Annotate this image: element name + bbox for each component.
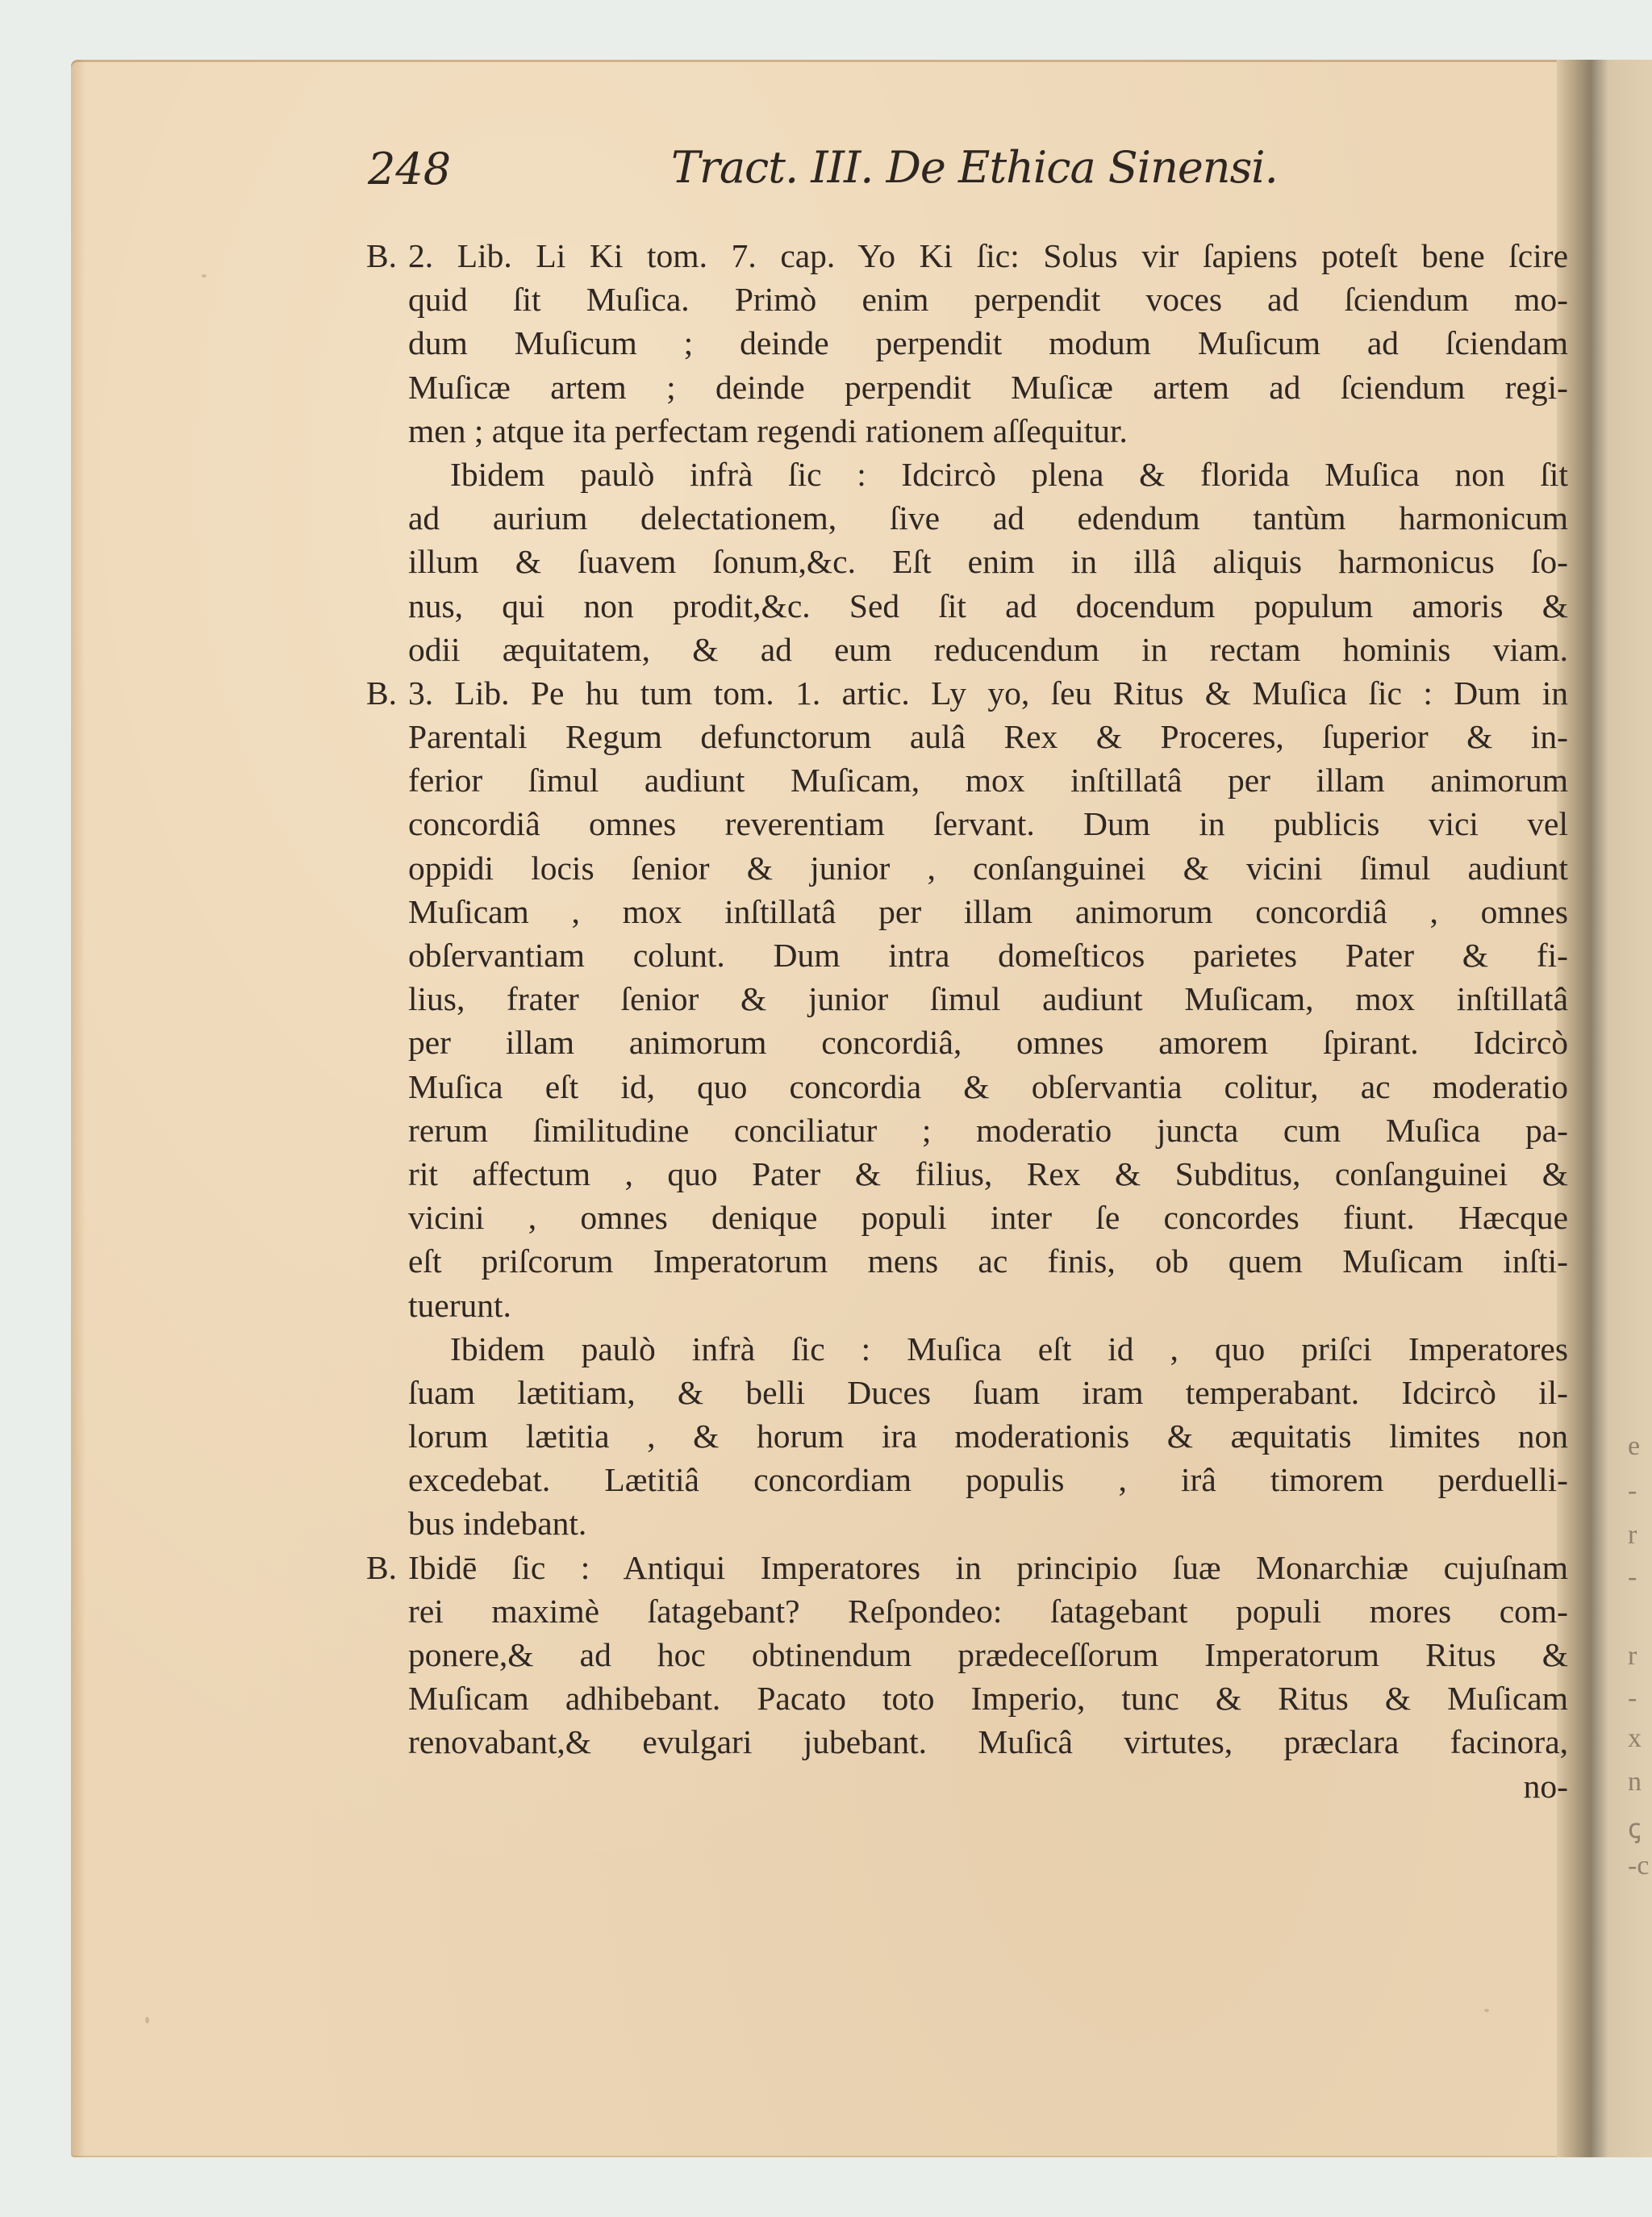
- line-text: lorum lætitia , & horum ira moderationis…: [408, 1414, 1568, 1458]
- line-text: quid ſit Muſica. Primò enim perpendit vo…: [408, 278, 1568, 321]
- fragment: ꞔ: [1628, 1809, 1641, 1846]
- fragment: x: [1628, 1723, 1642, 1754]
- text-line: B.Ibidē ſic : Antiqui Imperatores in pri…: [366, 1546, 1568, 1589]
- page-header: 248 Tract. III. De Ethica Sinensi.: [368, 144, 1578, 208]
- running-title: Tract. III. De Ethica Sinensi.: [671, 142, 1278, 193]
- margin-marker: B.: [366, 671, 408, 715]
- line-text: rit affectum , quo Pater & filius, Rex &…: [408, 1152, 1568, 1196]
- line-text: Ibidem paulò infrà ſic : Idcircò plena &…: [450, 453, 1568, 496]
- text-line: rit affectum , quo Pater & filius, Rex &…: [366, 1152, 1568, 1196]
- line-text: illum & ſuavem ſonum,&c. Eſt enim in ill…: [408, 540, 1568, 583]
- fragment: -c: [1628, 1851, 1649, 1881]
- line-text: nus, qui non prodit,&c. Sed ſit ad docen…: [408, 584, 1568, 628]
- line-text: Ibidē ſic : Antiqui Imperatores in princ…: [408, 1546, 1568, 1589]
- fragment: e: [1628, 1431, 1640, 1462]
- line-text: ponere,& ad hoc obtinendum prædeceſſorum…: [408, 1633, 1568, 1676]
- fragment: r: [1628, 1520, 1637, 1551]
- text-line: odii æquitatem, & ad eum reducendum in r…: [366, 628, 1568, 671]
- text-line: Parentali Regum defunctorum aulâ Rex & P…: [366, 715, 1568, 758]
- line-text: Muſicam adhibebant. Pacato toto Imperio,…: [408, 1676, 1568, 1720]
- text-line: lorum lætitia , & horum ira moderationis…: [366, 1414, 1568, 1458]
- text-line: B.3. Lib. Pe hu tum tom. 1. artic. Ly yo…: [366, 671, 1568, 715]
- line-text: rei maximè ſatagebant? Reſpondeo: ſatage…: [408, 1589, 1568, 1633]
- line-text: Parentali Regum defunctorum aulâ Rex & P…: [408, 715, 1568, 758]
- text-line: rei maximè ſatagebant? Reſpondeo: ſatage…: [366, 1589, 1568, 1633]
- line-text: Muſicam , mox inſtillatâ per illam animo…: [408, 890, 1568, 933]
- line-text: men ; atque ita perfectam regendi ration…: [408, 409, 1568, 453]
- line-text: Muſicæ artem ; deinde perpendit Muſicæ a…: [408, 365, 1568, 409]
- text-line: illum & ſuavem ſonum,&c. Eſt enim in ill…: [366, 540, 1568, 583]
- line-text: no-: [1524, 1768, 1568, 1805]
- line-text: vicini , omnes denique populi inter ſe c…: [408, 1196, 1568, 1239]
- text-line: ad aurium delectationem, ſive ad edendum…: [366, 496, 1568, 540]
- text-line: tuerunt.: [366, 1284, 1568, 1327]
- fragment: -: [1628, 1562, 1637, 1593]
- text-line: Muſicæ artem ; deinde perpendit Muſicæ a…: [366, 365, 1568, 409]
- text-line: B.2. Lib. Li Ki tom. 7. cap. Yo Ki ſic: …: [366, 234, 1568, 278]
- text-line: nus, qui non prodit,&c. Sed ſit ad docen…: [366, 584, 1568, 628]
- text-line: Ibidem paulò infrà ſic : Idcircò plena &…: [366, 453, 1568, 496]
- line-text: bus indebant.: [408, 1501, 1568, 1545]
- line-text: 3. Lib. Pe hu tum tom. 1. artic. Ly yo, …: [408, 671, 1568, 715]
- margin-marker: B.: [366, 234, 408, 278]
- line-text: Muſica eſt id, quo concordia & obſervant…: [408, 1065, 1568, 1108]
- line-text: excedebat. Lætitiâ concordiam populis , …: [408, 1458, 1568, 1501]
- line-text: ſuam lætitiam, & belli Duces ſuam iram t…: [408, 1371, 1568, 1414]
- text-line: oppidi locis ſenior & junior , conſangui…: [366, 846, 1568, 890]
- line-text: eſt priſcorum Imperatorum mens ac finis,…: [408, 1239, 1568, 1283]
- line-text: dum Muſicum ; deinde perpendit modum Muſ…: [408, 321, 1568, 365]
- text-line: eſt priſcorum Imperatorum mens ac finis,…: [366, 1239, 1568, 1283]
- line-text: tuerunt.: [408, 1284, 1568, 1327]
- text-line: Muſicam , mox inſtillatâ per illam animo…: [366, 890, 1568, 933]
- text-line: lius, frater ſenior & junior ſimul audiu…: [366, 977, 1568, 1021]
- fragment: -: [1628, 1683, 1637, 1714]
- text-line: men ; atque ita perfectam regendi ration…: [366, 409, 1568, 453]
- body-text: B.2. Lib. Li Ki tom. 7. cap. Yo Ki ſic: …: [366, 234, 1568, 1808]
- line-text: ad aurium delectationem, ſive ad edendum…: [408, 496, 1568, 540]
- line-text: renovabant,& evulgari jubebant. Muſicâ v…: [408, 1720, 1568, 1764]
- line-text: rerum ſimilitudine conciliatur ; moderat…: [408, 1108, 1568, 1152]
- line-text: Ibidem paulò infrà ſic : Muſica eſt id ,…: [450, 1327, 1568, 1371]
- text-line: quid ſit Muſica. Primò enim perpendit vo…: [366, 278, 1568, 321]
- line-text: lius, frater ſenior & junior ſimul audiu…: [408, 977, 1568, 1021]
- margin-marker: B.: [366, 1546, 408, 1589]
- line-text: 2. Lib. Li Ki tom. 7. cap. Yo Ki ſic: So…: [408, 234, 1568, 278]
- line-text: obſervantiam colunt. Dum intra domeſtico…: [408, 933, 1568, 977]
- text-line: obſervantiam colunt. Dum intra domeſtico…: [366, 933, 1568, 977]
- text-line: bus indebant.: [366, 1501, 1568, 1545]
- text-line: excedebat. Lætitiâ concordiam populis , …: [366, 1458, 1568, 1501]
- text-line: concordiâ omnes reverentiam ſervant. Dum…: [366, 802, 1568, 845]
- text-line: vicini , omnes denique populi inter ſe c…: [366, 1196, 1568, 1239]
- line-text: per illam animorum concordiâ, omnes amor…: [408, 1021, 1568, 1064]
- text-line: renovabant,& evulgari jubebant. Muſicâ v…: [366, 1720, 1568, 1764]
- text-line: Muſicam adhibebant. Pacato toto Imperio,…: [366, 1676, 1568, 1720]
- text-line: dum Muſicum ; deinde perpendit modum Muſ…: [366, 321, 1568, 365]
- text-line: Muſica eſt id, quo concordia & obſervant…: [366, 1065, 1568, 1108]
- catchword: no-: [366, 1764, 1568, 1808]
- line-text: ferior ſimul audiunt Muſicam, mox inſtil…: [408, 758, 1568, 802]
- text-line: per illam animorum concordiâ, omnes amor…: [366, 1021, 1568, 1064]
- line-text: oppidi locis ſenior & junior , conſangui…: [408, 846, 1568, 890]
- line-text: odii æquitatem, & ad eum reducendum in r…: [408, 628, 1568, 671]
- text-line: ferior ſimul audiunt Muſicam, mox inſtil…: [366, 758, 1568, 802]
- text-line: rerum ſimilitudine conciliatur ; moderat…: [366, 1108, 1568, 1152]
- line-text: concordiâ omnes reverentiam ſervant. Dum…: [408, 802, 1568, 845]
- fragment: r: [1628, 1641, 1637, 1672]
- fragment: -: [1628, 1476, 1637, 1506]
- text-line: Ibidem paulò infrà ſic : Muſica eſt id ,…: [366, 1327, 1568, 1371]
- adjacent-page-fragments: e - r - r - x n ꞔ -c: [1628, 60, 1652, 2157]
- text-line: ſuam lætitiam, & belli Duces ſuam iram t…: [366, 1371, 1568, 1414]
- text-line: ponere,& ad hoc obtinendum prædeceſſorum…: [366, 1633, 1568, 1676]
- page-number: 248: [368, 144, 451, 194]
- fragment: n: [1628, 1767, 1642, 1797]
